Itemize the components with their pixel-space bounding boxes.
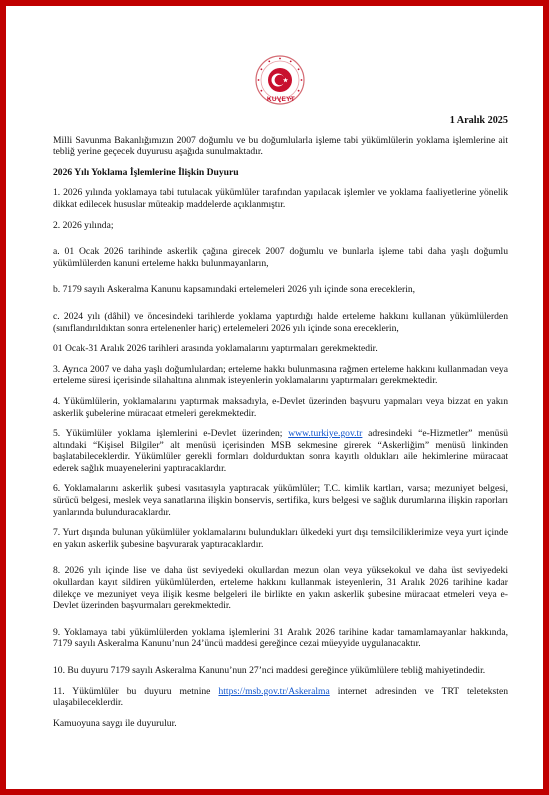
item-9: 9. Yoklamaya tabi yükümlülerden yoklama … [53, 627, 508, 650]
item-5: 5. Yükümlüler yoklama işlemlerini e-Devl… [53, 428, 508, 474]
item-11-text-start: 11. Yükümlüler bu duyuru metnine [53, 686, 218, 697]
item-2b: b. 7179 sayılı Askeralma Kanunu kapsamın… [53, 284, 508, 296]
msb-askeralma-link[interactable]: https://msb.gov.tr/Askeralma [218, 686, 329, 697]
item-1: 1. 2026 yılında yoklamaya tabi tutulacak… [53, 187, 508, 210]
item-2a: a. 01 Ocak 2026 tarihinde askerlik çağın… [53, 246, 508, 269]
closing-line: Kamuoyuna saygı ile duyurulur. [53, 718, 508, 730]
item-10: 10. Bu duyuru 7179 sayılı Askeralma Kanu… [53, 665, 508, 677]
document-date: 1 Aralık 2025 [53, 115, 508, 127]
item-2: 2. 2026 yılında; [53, 220, 508, 232]
announcement-title: 2026 Yılı Yoklama İşlemlerine İlişkin Du… [53, 167, 508, 179]
item-11: 11. Yükümlüler bu duyuru metnine https:/… [53, 686, 508, 709]
embassy-name: KUVEYT [246, 96, 316, 103]
item-3: 3. Ayrıca 2007 ve daha yaşlı doğumlulard… [53, 364, 508, 387]
announcement-body: 1 Aralık 2025 Milli Savunma Bakanlığımız… [53, 115, 508, 738]
turkiye-gov-link[interactable]: www.turkiye.gov.tr [288, 428, 362, 439]
item-8: 8. 2026 yılı içinde lise ve daha üst sev… [53, 565, 508, 611]
item-4: 4. Yükümlülerin, yoklamalarını yaptırmak… [53, 396, 508, 419]
page-frame: KUVEYT 1 Aralık 2025 Milli Savunma Bakan… [0, 0, 549, 795]
item-7: 7. Yurt dışında bulunan yükümlüler yokla… [53, 527, 508, 550]
item-2-conclusion: 01 Ocak-31 Aralık 2026 tarihleri arasınd… [53, 343, 508, 355]
item-5-text-start: 5. Yükümlüler yoklama işlemlerini e-Devl… [53, 428, 288, 439]
intro-paragraph: Milli Savunma Bakanlığımızın 2007 doğuml… [53, 135, 508, 158]
item-6: 6. Yoklamalarını askerlik şubesi vasıtas… [53, 483, 508, 518]
item-2c: c. 2024 yılı (dâhil) ve öncesindeki tari… [53, 311, 508, 334]
